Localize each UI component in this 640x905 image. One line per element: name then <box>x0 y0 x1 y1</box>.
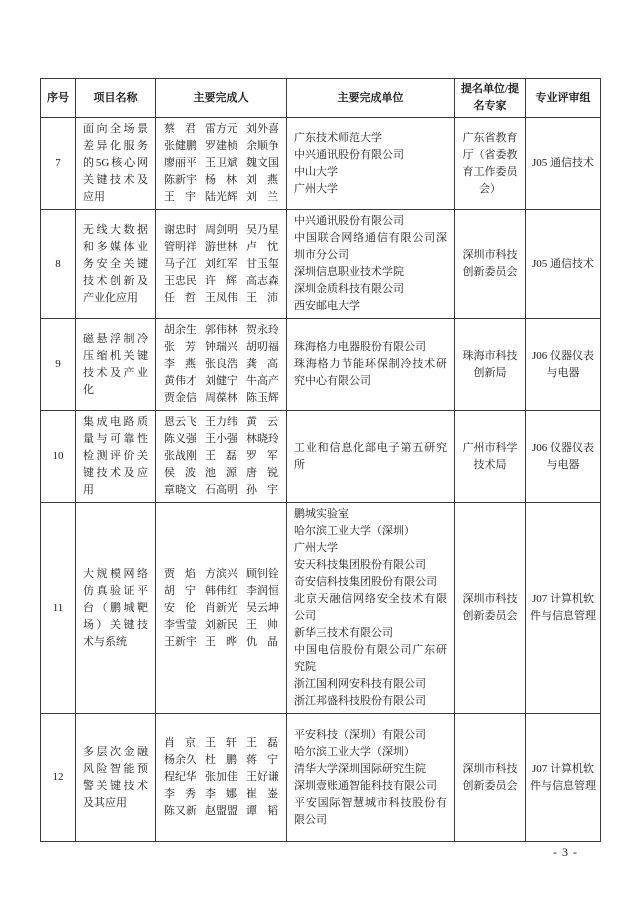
unit-name: 奇安信科技集团股份有限公司 <box>294 574 447 591</box>
contributor-name: 王轩 <box>205 735 237 752</box>
contributor-name: 王宇 <box>164 189 196 206</box>
contributor-name: 王好谦 <box>246 769 278 786</box>
contributor-name: 张加佳 <box>205 769 237 786</box>
unit-name: 哈尔滨工业大学（深圳） <box>294 523 447 540</box>
project-name-cell: 无线大数据和多媒体业务安全关键技术创新及产业化应用 <box>76 210 156 319</box>
unit-name: 深圳壹账通智能科技有限公司 <box>294 778 447 795</box>
contributor-name: 魏文国 <box>246 155 278 172</box>
unit-name: 浙江国利网安科技有限公司 <box>294 676 447 693</box>
unit-name: 平安科技（深圳）有限公司 <box>294 727 447 744</box>
contributor-name: 李秀 <box>164 786 196 803</box>
nominator-cell: 广州市科学技术局 <box>455 411 526 503</box>
contributors-cell: 谢忠时周剑明吴乃星管明祥游世林卢忱马子江刘红军甘玉玺王忠民许辉高志森任哲王凤伟王… <box>156 210 287 319</box>
review-group-cell: J07 计算机软件与信息管理 <box>526 503 601 714</box>
unit-name: 中兴通讯股份有限公司 <box>294 213 447 230</box>
contributor-name: 罗军 <box>246 448 278 465</box>
contributor-name: 吴云坤 <box>246 600 278 617</box>
contributor-name: 章晓文 <box>164 482 196 499</box>
contributor-name: 雷方元 <box>205 121 237 138</box>
contributor-name: 李润恒 <box>246 583 278 600</box>
contributor-name: 罗建桢 <box>205 138 237 155</box>
header-nominator: 提名单位/提名专家 <box>455 79 526 118</box>
units-cell: 中兴通讯股份有限公司中国联合网络通信有限公司深圳市分公司深圳信息职业技术学院深圳… <box>287 210 455 319</box>
contributor-name: 钟瑞兴 <box>205 339 237 356</box>
unit-name: 北京天融信网络安全技术有限公司 <box>294 591 447 625</box>
contributor-name: 赵盟盟 <box>205 803 237 820</box>
header-review-group: 专业评审组 <box>526 79 601 118</box>
contributor-name: 恩云飞 <box>164 414 196 431</box>
contributor-name: 马子江 <box>164 256 196 273</box>
nominator-cell: 深圳市科技创新委员会 <box>455 714 526 842</box>
contributor-name: 林晓玲 <box>246 431 278 448</box>
contributor-name: 谢忠时 <box>164 222 196 239</box>
contributor-name: 刘红军 <box>205 256 237 273</box>
contributor-name: 龚高 <box>246 356 278 373</box>
contributor-name: 李雪莹 <box>164 617 196 634</box>
contributor-name: 张良浩 <box>205 356 237 373</box>
contributor-name: 游世林 <box>205 239 237 256</box>
contributor-name: 周剑明 <box>205 222 237 239</box>
contributor-name: 方滨兴 <box>205 566 237 583</box>
contributor-name: 蒋宁 <box>246 752 278 769</box>
contributor-name: 贾金信 <box>164 390 196 407</box>
contributor-name: 刘燕 <box>246 172 278 189</box>
serial-number-cell: 10 <box>41 411 76 503</box>
header-serial-number: 序号 <box>41 79 76 118</box>
contributor-name: 王力纬 <box>205 414 237 431</box>
contributor-name: 王沛 <box>246 290 278 307</box>
table-row: 8 无线大数据和多媒体业务安全关键技术创新及产业化应用 谢忠时周剑明吴乃星管明祥… <box>41 210 601 319</box>
contributors-cell: 蔡君雷方元刘外喜张健鹏罗建桢余顺争廖丽平王卫斌魏文国陈新宇杨林刘燕王宇陆光辉刘兰 <box>156 118 287 210</box>
contributor-name: 张健鹏 <box>164 138 196 155</box>
unit-name: 珠海格力节能环保制冷技术研究中心有限公司 <box>294 356 447 390</box>
nominator-cell: 珠海市科技创新局 <box>455 319 526 411</box>
serial-number-cell: 11 <box>41 503 76 714</box>
contributor-name: 仇晶 <box>246 634 278 651</box>
unit-name: 浙江邦盛科技股份有限公司 <box>294 693 447 710</box>
contributor-name: 王磊 <box>246 735 278 752</box>
unit-name: 广东技术师范大学 <box>294 130 447 147</box>
table-row: 12 多层次金融风险智能预警关键技术及其应用 肖京王轩王磊杨余久杜鹏蒋宁程纪华张… <box>41 714 601 842</box>
header-project-name: 项目名称 <box>76 79 156 118</box>
unit-name: 新华三技术有限公司 <box>294 625 447 642</box>
contributor-name: 刘外喜 <box>246 121 278 138</box>
contributor-name: 牛高产 <box>246 373 278 390</box>
contributor-name: 胡宁 <box>164 583 196 600</box>
unit-name: 中国电信股份有限公司广东研究院 <box>294 642 447 676</box>
table-row: 7 面向全场景差异化服务的5G核心网关键技术及应用 蔡君雷方元刘外喜张健鹏罗建桢… <box>41 118 601 210</box>
contributors-cell: 恩云飞王力纬黄云陈义强王小强林晓玲张战刚王磊罗军侯波池源唐锐章晓文石高明孙宇 <box>156 411 287 503</box>
unit-name: 深圳金质科技有限公司 <box>294 281 447 298</box>
contributor-name: 管明祥 <box>164 239 196 256</box>
contributor-name: 程纪华 <box>164 769 196 786</box>
project-name-cell: 大规模网络仿真验证平台（鹏城靶场）关键技术与系统 <box>76 503 156 714</box>
contributor-name: 吴乃星 <box>246 222 278 239</box>
contributor-name: 郭伟林 <box>205 322 237 339</box>
nominator-cell: 深圳市科技创新委员会 <box>455 210 526 319</box>
contributor-name: 廖丽平 <box>164 155 196 172</box>
table-row: 10 集成电路质量与可靠性检测评价关键技术及应用 恩云飞王力纬黄云陈义强王小强林… <box>41 411 601 503</box>
table-row: 9 磁悬浮制冷压缩机关键技术及产业化 胡余生郭伟林贺永玲张芳钟瑞兴胡叨福李燕张良… <box>41 319 601 411</box>
contributor-name: 李燕 <box>164 356 196 373</box>
contributor-name: 杨林 <box>205 172 237 189</box>
units-cell: 平安科技（深圳）有限公司哈尔滨工业大学（深圳）清华大学深圳国际研究生院深圳壹账通… <box>287 714 455 842</box>
contributor-name: 黄伟才 <box>164 373 196 390</box>
table-header-row: 序号 项目名称 主要完成人 主要完成单位 提名单位/提名专家 专业评审组 <box>41 79 601 118</box>
contributor-name: 胡叨福 <box>246 339 278 356</box>
nominator-cell: 深圳市科技创新委员会 <box>455 503 526 714</box>
contributors-cell: 胡余生郭伟林贺永玲张芳钟瑞兴胡叨福李燕张良浩龚高黄伟才刘健宁牛高产贾金信周葆林陈… <box>156 319 287 411</box>
review-group-cell: J06 仪器仪表与电器 <box>526 319 601 411</box>
contributor-name: 许辉 <box>205 273 237 290</box>
contributor-name: 唐锐 <box>246 465 278 482</box>
contributor-name: 崔崟 <box>246 786 278 803</box>
serial-number-cell: 12 <box>41 714 76 842</box>
unit-name: 中国联合网络通信有限公司深圳市分公司 <box>294 230 447 264</box>
units-cell: 工业和信息化部电子第五研究所 <box>287 411 455 503</box>
unit-name: 中兴通讯股份有限公司 <box>294 147 447 164</box>
project-name-cell: 集成电路质量与可靠性检测评价关键技术及应用 <box>76 411 156 503</box>
contributor-name: 胡余生 <box>164 322 196 339</box>
contributor-name: 蔡君 <box>164 121 196 138</box>
contributor-name: 张芳 <box>164 339 196 356</box>
contributor-name: 贺永玲 <box>246 322 278 339</box>
contributor-name: 王凤伟 <box>205 290 237 307</box>
contributor-name: 王忠民 <box>164 273 196 290</box>
review-group-cell: J06 仪器仪表与电器 <box>526 411 601 503</box>
unit-name: 安天科技集团股份有限公司 <box>294 557 447 574</box>
contributor-name: 李娜 <box>205 786 237 803</box>
contributor-name: 余顺争 <box>246 138 278 155</box>
unit-name: 珠海格力电器股份有限公司 <box>294 339 447 356</box>
contributor-name: 肖新光 <box>205 600 237 617</box>
unit-name: 哈尔滨工业大学（深圳） <box>294 744 447 761</box>
unit-name: 鹏城实验室 <box>294 506 447 523</box>
project-name-cell: 面向全场景差异化服务的5G核心网关键技术及应用 <box>76 118 156 210</box>
contributor-name: 顾钊铨 <box>246 566 278 583</box>
project-name-cell: 多层次金融风险智能预警关键技术及其应用 <box>76 714 156 842</box>
contributor-name: 王小强 <box>205 431 237 448</box>
unit-name: 清华大学深圳国际研究生院 <box>294 761 447 778</box>
contributor-name: 刘新民 <box>205 617 237 634</box>
project-name-cell: 磁悬浮制冷压缩机关键技术及产业化 <box>76 319 156 411</box>
contributor-name: 石高明 <box>205 482 237 499</box>
page-number: - 3 - <box>553 845 578 860</box>
contributor-name: 张战刚 <box>164 448 196 465</box>
contributor-name: 刘兰 <box>246 189 278 206</box>
unit-name: 西安邮电大学 <box>294 298 447 315</box>
contributor-name: 卢忱 <box>246 239 278 256</box>
contributor-name: 王磊 <box>205 448 237 465</box>
contributor-name: 杜鹏 <box>205 752 237 769</box>
contributor-name: 陈新宇 <box>164 172 196 189</box>
contributor-name: 高志森 <box>246 273 278 290</box>
contributor-name: 陈又新 <box>164 803 196 820</box>
document-page: 序号 项目名称 主要完成人 主要完成单位 提名单位/提名专家 专业评审组 7 面… <box>0 0 640 905</box>
unit-name: 中山大学 <box>294 164 447 181</box>
unit-name: 广州大学 <box>294 181 447 198</box>
review-group-cell: J05 通信技术 <box>526 118 601 210</box>
contributor-name: 刘健宁 <box>205 373 237 390</box>
contributor-name: 谭韬 <box>246 803 278 820</box>
header-main-contributors: 主要完成人 <box>156 79 287 118</box>
contributor-name: 孙宇 <box>246 482 278 499</box>
serial-number-cell: 7 <box>41 118 76 210</box>
award-project-table: 序号 项目名称 主要完成人 主要完成单位 提名单位/提名专家 专业评审组 7 面… <box>40 78 601 842</box>
contributor-name: 陈玉辉 <box>246 390 278 407</box>
contributor-name: 安伦 <box>164 600 196 617</box>
unit-name: 平安国际智慧城市科技股份有限公司 <box>294 795 447 829</box>
unit-name: 深圳信息职业技术学院 <box>294 264 447 281</box>
contributor-name: 王帅 <box>246 617 278 634</box>
header-main-units: 主要完成单位 <box>287 79 455 118</box>
contributors-cell: 肖京王轩王磊杨余久杜鹏蒋宁程纪华张加佳王好谦李秀李娜崔崟陈又新赵盟盟谭韬 <box>156 714 287 842</box>
contributor-name: 侯波 <box>164 465 196 482</box>
units-cell: 鹏城实验室哈尔滨工业大学（深圳）广州大学安天科技集团股份有限公司奇安信科技集团股… <box>287 503 455 714</box>
contributor-name: 王晔 <box>205 634 237 651</box>
review-group-cell: J07 计算机软件与信息管理 <box>526 714 601 842</box>
contributor-name: 贾焰 <box>164 566 196 583</box>
contributor-name: 王卫斌 <box>205 155 237 172</box>
serial-number-cell: 9 <box>41 319 76 411</box>
contributor-name: 周葆林 <box>205 390 237 407</box>
table-body: 7 面向全场景差异化服务的5G核心网关键技术及应用 蔡君雷方元刘外喜张健鹏罗建桢… <box>41 118 601 842</box>
unit-name: 广州大学 <box>294 540 447 557</box>
contributors-cell: 贾焰方滨兴顾钊铨胡宁韩伟红李润恒安伦肖新光吴云坤李雪莹刘新民王帅王新宇王晔仇晶 <box>156 503 287 714</box>
contributor-name: 肖京 <box>164 735 196 752</box>
units-cell: 珠海格力电器股份有限公司珠海格力节能环保制冷技术研究中心有限公司 <box>287 319 455 411</box>
contributor-name: 杨余久 <box>164 752 196 769</box>
contributor-name: 任哲 <box>164 290 196 307</box>
contributor-name: 陆光辉 <box>205 189 237 206</box>
table-row: 11 大规模网络仿真验证平台（鹏城靶场）关键技术与系统 贾焰方滨兴顾钊铨胡宁韩伟… <box>41 503 601 714</box>
contributor-name: 陈义强 <box>164 431 196 448</box>
contributor-name: 池源 <box>205 465 237 482</box>
units-cell: 广东技术师范大学中兴通讯股份有限公司中山大学广州大学 <box>287 118 455 210</box>
contributor-name: 黄云 <box>246 414 278 431</box>
unit-name: 工业和信息化部电子第五研究所 <box>294 440 447 474</box>
contributor-name: 甘玉玺 <box>246 256 278 273</box>
contributor-name: 韩伟红 <box>205 583 237 600</box>
serial-number-cell: 8 <box>41 210 76 319</box>
review-group-cell: J05 通信技术 <box>526 210 601 319</box>
contributor-name: 王新宇 <box>164 634 196 651</box>
nominator-cell: 广东省教育厅（省委教育工作委员会） <box>455 118 526 210</box>
